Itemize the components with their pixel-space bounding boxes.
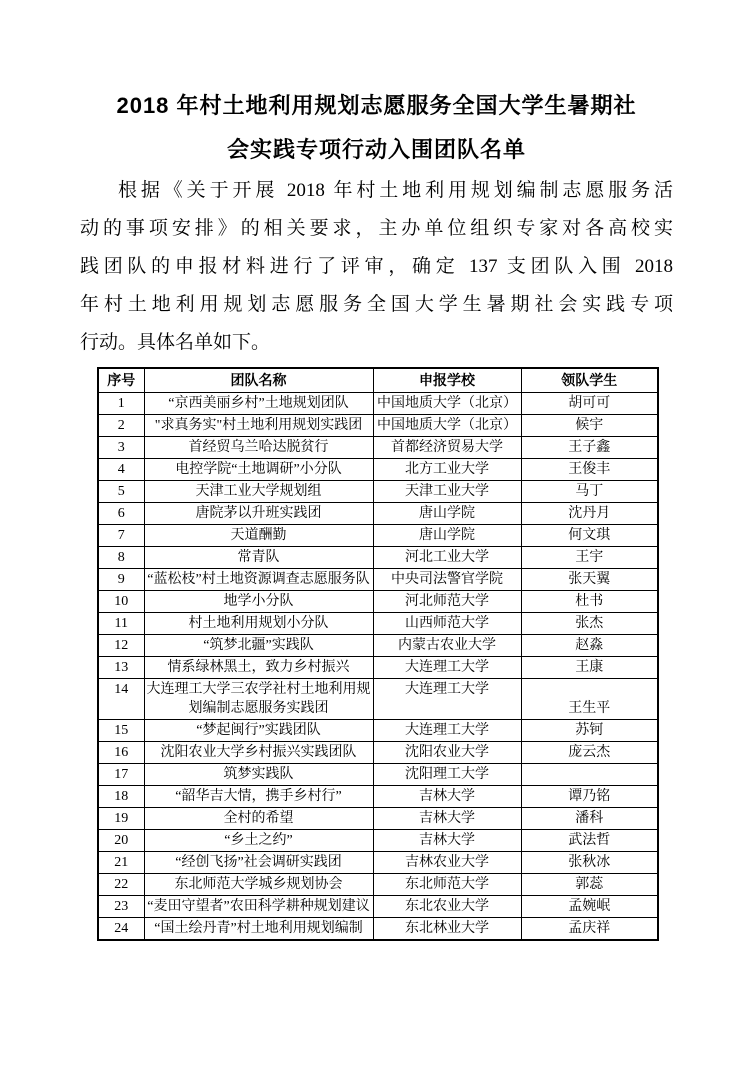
serial-cell: 2 xyxy=(98,415,144,437)
leader-cell: 何文琪 xyxy=(521,525,658,547)
serial-cell: 10 xyxy=(98,591,144,613)
leader-cell: 苏钶 xyxy=(521,720,658,742)
leader-cell: 王宇 xyxy=(521,547,658,569)
team-name-cell: “乡土之约” xyxy=(144,830,373,852)
table-row: 13 情系绿林黑土，致力乡村振兴 大连理工大学 王康 xyxy=(98,657,658,679)
leader-cell: 马丁 xyxy=(521,481,658,503)
school-cell: 中央司法警官学院 xyxy=(373,569,521,591)
school-cell: 大连理工大学 xyxy=(373,657,521,679)
leader-cell: 张杰 xyxy=(521,613,658,635)
table-row: 3 首经贸乌兰哈达脱贫行 首都经济贸易大学 王子鑫 xyxy=(98,437,658,459)
school-cell: 中国地质大学（北京） xyxy=(373,393,521,415)
team-name-cell: 唐院茅以升班实践团 xyxy=(144,503,373,525)
serial-cell: 13 xyxy=(98,657,144,679)
table-row: 18 “韶华吉大情，携手乡村行” 吉林大学 谭乃铭 xyxy=(98,786,658,808)
serial-cell: 3 xyxy=(98,437,144,459)
school-cell: 北方工业大学 xyxy=(373,459,521,481)
school-cell: 吉林大学 xyxy=(373,786,521,808)
serial-cell: 5 xyxy=(98,481,144,503)
leader-cell: 郭蕊 xyxy=(521,874,658,896)
serial-cell: 15 xyxy=(98,720,144,742)
header-cell-serial: 序号 xyxy=(98,368,144,393)
leader-cell: 孟庆祥 xyxy=(521,918,658,941)
school-cell: 沈阳理工大学 xyxy=(373,764,521,786)
team-name-cell: 全村的希望 xyxy=(144,808,373,830)
team-name-cell: “蓝松枝”村土地资源调查志愿服务队 xyxy=(144,569,373,591)
team-name-cell: 地学小分队 xyxy=(144,591,373,613)
table-row: 19 全村的希望 吉林大学 潘科 xyxy=(98,808,658,830)
school-cell: 东北师范大学 xyxy=(373,874,521,896)
header-cell-school: 申报学校 xyxy=(373,368,521,393)
table-row: 22 东北师范大学城乡规划协会 东北师范大学 郭蕊 xyxy=(98,874,658,896)
roster-table: 序号 团队名称 申报学校 领队学生 1 “京西美丽乡村”土地规划团队 中国地质大… xyxy=(97,367,659,941)
school-cell: 河北师范大学 xyxy=(373,591,521,613)
school-cell: 中国地质大学（北京） xyxy=(373,415,521,437)
school-cell: 吉林农业大学 xyxy=(373,852,521,874)
serial-cell: 14 xyxy=(98,679,144,720)
table-row: 8 常青队 河北工业大学 王宇 xyxy=(98,547,658,569)
school-cell: 天津工业大学 xyxy=(373,481,521,503)
team-name-cell: “京西美丽乡村”土地规划团队 xyxy=(144,393,373,415)
school-cell: 山西师范大学 xyxy=(373,613,521,635)
serial-cell: 19 xyxy=(98,808,144,830)
school-cell: 内蒙古农业大学 xyxy=(373,635,521,657)
school-cell: 唐山学院 xyxy=(373,503,521,525)
header-cell-team: 团队名称 xyxy=(144,368,373,393)
table-row: 16 沈阳农业大学乡村振兴实践团队 沈阳农业大学 庞云杰 xyxy=(98,742,658,764)
leader-cell: 胡可可 xyxy=(521,393,658,415)
team-name-cell: 情系绿林黑土，致力乡村振兴 xyxy=(144,657,373,679)
table-row: 20 “乡土之约” 吉林大学 武法哲 xyxy=(98,830,658,852)
school-cell: 东北林业大学 xyxy=(373,918,521,941)
team-name-cell: 筑梦实践队 xyxy=(144,764,373,786)
table-row: 5 天津工业大学规划组 天津工业大学 马丁 xyxy=(98,481,658,503)
table-row: 23 “麦田守望者”农田科学耕种规划建议 东北农业大学 孟婉岷 xyxy=(98,896,658,918)
team-name-cell: 天道酬勤 xyxy=(144,525,373,547)
table-row: 1 “京西美丽乡村”土地规划团队 中国地质大学（北京） 胡可可 xyxy=(98,393,658,415)
table-row: 17 筑梦实践队 沈阳理工大学 xyxy=(98,764,658,786)
table-row: 4 电控学院“土地调研”小分队 北方工业大学 王俊丰 xyxy=(98,459,658,481)
team-name-cell: “筑梦北疆”实践队 xyxy=(144,635,373,657)
serial-cell: 9 xyxy=(98,569,144,591)
school-cell: 吉林大学 xyxy=(373,808,521,830)
table-row: 6 唐院茅以升班实践团 唐山学院 沈丹月 xyxy=(98,503,658,525)
table-row: 21 “经创飞扬”社会调研实践团 吉林农业大学 张秋冰 xyxy=(98,852,658,874)
leader-cell: 候宇 xyxy=(521,415,658,437)
serial-cell: 12 xyxy=(98,635,144,657)
team-name-cell: 大连理工大学三农学社村土地利用规划编制志愿服务实践团 xyxy=(144,679,373,720)
table-row: 9 “蓝松枝”村土地资源调查志愿服务队 中央司法警官学院 张天翼 xyxy=(98,569,658,591)
team-name-cell: 电控学院“土地调研”小分队 xyxy=(144,459,373,481)
table-row: 14 大连理工大学三农学社村土地利用规划编制志愿服务实践团 大连理工大学 王生平 xyxy=(98,679,658,720)
serial-cell: 23 xyxy=(98,896,144,918)
table-row: 15 “梦起闽行”实践团队 大连理工大学 苏钶 xyxy=(98,720,658,742)
paragraph-line: 动的事项安排》的相关要求，主办单位组织专家对各高校实 xyxy=(80,210,673,248)
leader-cell: 庞云杰 xyxy=(521,742,658,764)
paragraph-line: 行动。具体名单如下。 xyxy=(80,324,673,362)
leader-cell: 张秋冰 xyxy=(521,852,658,874)
table-header-row: 序号 团队名称 申报学校 领队学生 xyxy=(98,368,658,393)
leader-cell: 王子鑫 xyxy=(521,437,658,459)
school-cell: 大连理工大学 xyxy=(373,720,521,742)
table-row: 24 “国土绘丹青”村土地利用规划编制 东北林业大学 孟庆祥 xyxy=(98,918,658,941)
serial-cell: 4 xyxy=(98,459,144,481)
serial-cell: 6 xyxy=(98,503,144,525)
team-name-cell: 沈阳农业大学乡村振兴实践团队 xyxy=(144,742,373,764)
team-name-cell: “韶华吉大情，携手乡村行” xyxy=(144,786,373,808)
serial-cell: 7 xyxy=(98,525,144,547)
table-row: 10 地学小分队 河北师范大学 杜书 xyxy=(98,591,658,613)
serial-cell: 24 xyxy=(98,918,144,941)
leader-cell: 孟婉岷 xyxy=(521,896,658,918)
leader-cell: 谭乃铭 xyxy=(521,786,658,808)
school-cell: 吉林大学 xyxy=(373,830,521,852)
serial-cell: 21 xyxy=(98,852,144,874)
serial-cell: 11 xyxy=(98,613,144,635)
header-cell-leader: 领队学生 xyxy=(521,368,658,393)
leader-cell: 王康 xyxy=(521,657,658,679)
team-name-cell: 东北师范大学城乡规划协会 xyxy=(144,874,373,896)
page-title-line-2: 会实践专项行动入围团队名单 xyxy=(0,128,753,172)
serial-cell: 22 xyxy=(98,874,144,896)
school-cell: 沈阳农业大学 xyxy=(373,742,521,764)
team-name-cell: “麦田守望者”农田科学耕种规划建议 xyxy=(144,896,373,918)
page-title: 2018 年村土地利用规划志愿服务全国大学生暑期社 会实践专项行动入围团队名单 xyxy=(0,0,753,172)
team-name-cell: “经创飞扬”社会调研实践团 xyxy=(144,852,373,874)
serial-cell: 8 xyxy=(98,547,144,569)
school-cell: 东北农业大学 xyxy=(373,896,521,918)
paragraph-line: 年村土地利用规划志愿服务全国大学生暑期社会实践专项 xyxy=(80,286,673,324)
paragraph-line: 践团队的申报材料进行了评审，确定 137 支团队入围 2018 xyxy=(80,248,673,286)
leader-cell: 张天翼 xyxy=(521,569,658,591)
leader-cell: 杜书 xyxy=(521,591,658,613)
paragraph-line: 根据《关于开展 2018 年村土地利用规划编制志愿服务活 xyxy=(80,172,673,210)
intro-paragraph: 根据《关于开展 2018 年村土地利用规划编制志愿服务活 动的事项安排》的相关要… xyxy=(80,172,673,362)
school-cell: 大连理工大学 xyxy=(373,679,521,720)
leader-cell: 赵淼 xyxy=(521,635,658,657)
document-page: 2018 年村土地利用规划志愿服务全国大学生暑期社 会实践专项行动入围团队名单 … xyxy=(0,0,753,1068)
team-name-cell: 村土地利用规划小分队 xyxy=(144,613,373,635)
team-name-cell: "求真务实"村土地利用规划实践团 xyxy=(144,415,373,437)
leader-cell: 潘科 xyxy=(521,808,658,830)
team-name-cell: “国土绘丹青”村土地利用规划编制 xyxy=(144,918,373,941)
leader-cell: 王生平 xyxy=(521,679,658,720)
team-name-cell: “梦起闽行”实践团队 xyxy=(144,720,373,742)
school-cell: 河北工业大学 xyxy=(373,547,521,569)
team-name-cell: 首经贸乌兰哈达脱贫行 xyxy=(144,437,373,459)
serial-cell: 17 xyxy=(98,764,144,786)
table-row: 2 "求真务实"村土地利用规划实践团 中国地质大学（北京） 候宇 xyxy=(98,415,658,437)
school-cell: 唐山学院 xyxy=(373,525,521,547)
leader-cell: 沈丹月 xyxy=(521,503,658,525)
page-title-line-1: 2018 年村土地利用规划志愿服务全国大学生暑期社 xyxy=(0,84,753,128)
serial-cell: 16 xyxy=(98,742,144,764)
serial-cell: 1 xyxy=(98,393,144,415)
table-row: 7 天道酬勤 唐山学院 何文琪 xyxy=(98,525,658,547)
school-cell: 首都经济贸易大学 xyxy=(373,437,521,459)
table-row: 11 村土地利用规划小分队 山西师范大学 张杰 xyxy=(98,613,658,635)
team-name-cell: 常青队 xyxy=(144,547,373,569)
team-name-cell: 天津工业大学规划组 xyxy=(144,481,373,503)
leader-cell xyxy=(521,764,658,786)
serial-cell: 20 xyxy=(98,830,144,852)
serial-cell: 18 xyxy=(98,786,144,808)
leader-cell: 王俊丰 xyxy=(521,459,658,481)
leader-cell: 武法哲 xyxy=(521,830,658,852)
table-row: 12 “筑梦北疆”实践队 内蒙古农业大学 赵淼 xyxy=(98,635,658,657)
